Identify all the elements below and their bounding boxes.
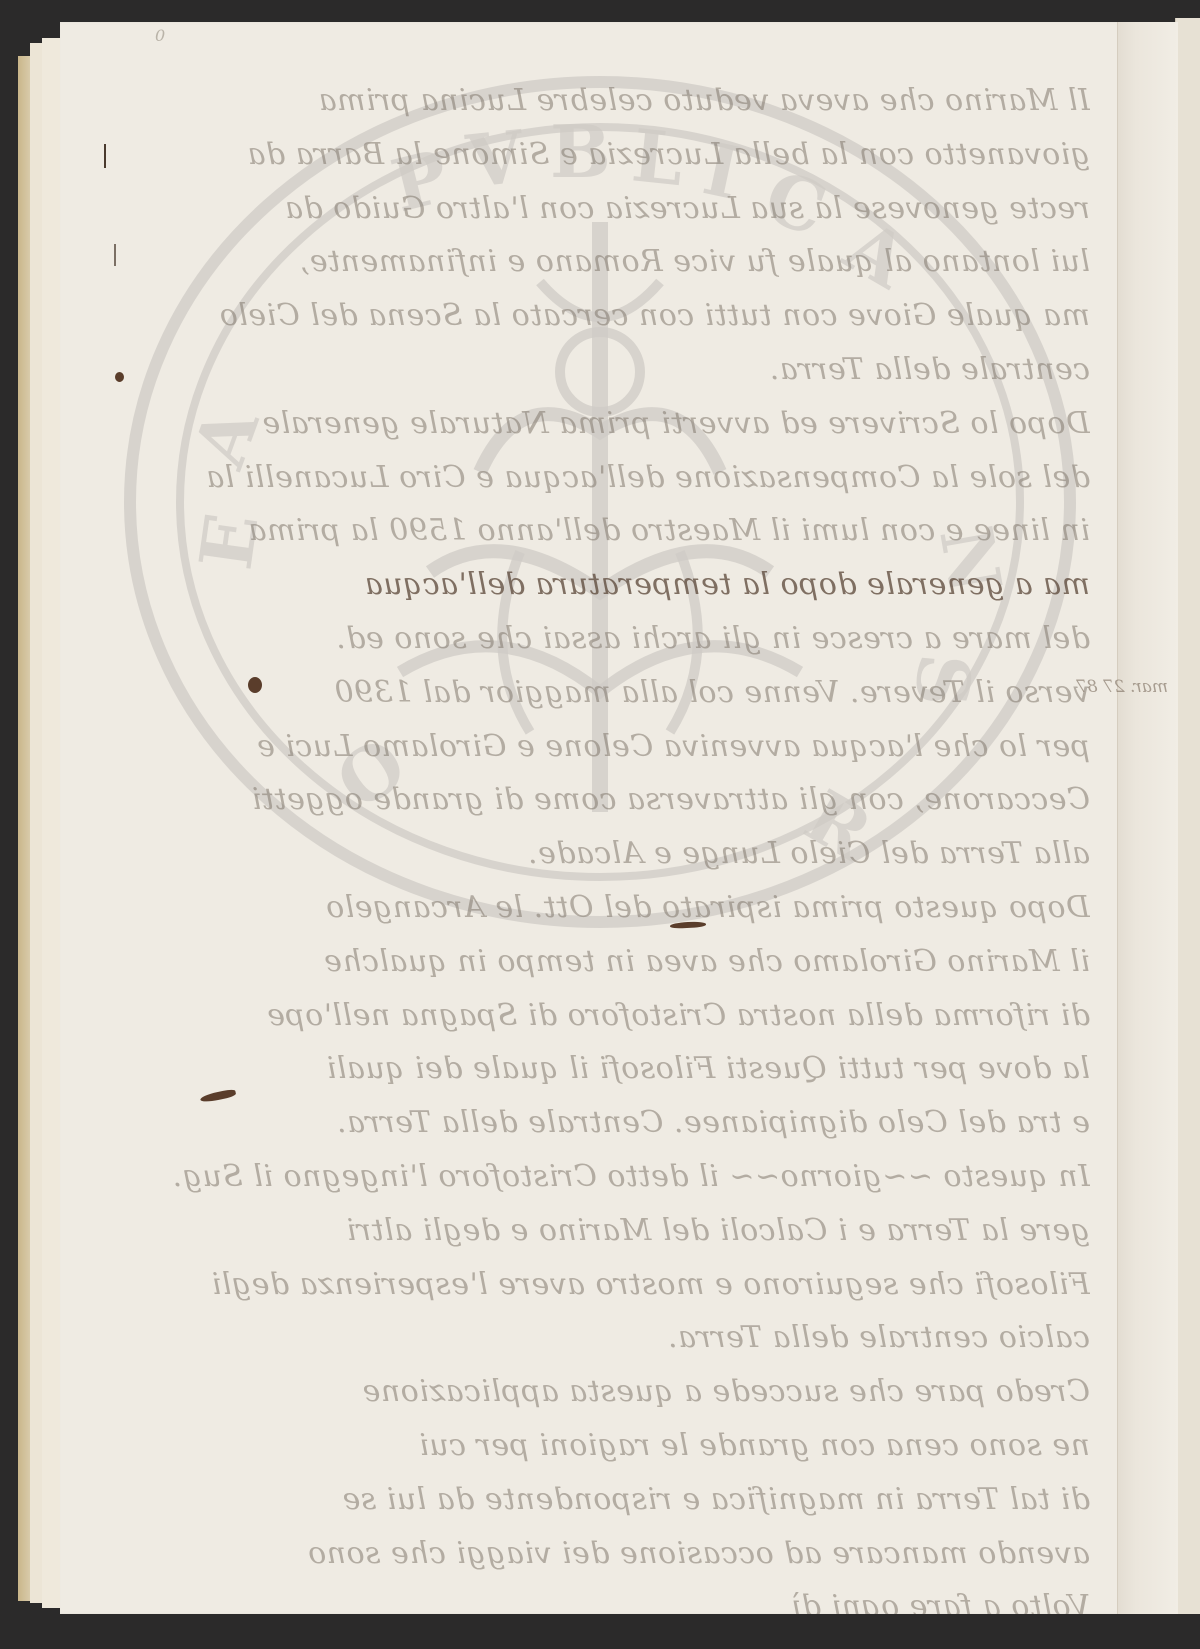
text-line: calcio centrale della Terra.	[80, 1311, 1090, 1365]
text-line: di riforma della nostra Cristoforo di Sp…	[80, 989, 1090, 1043]
manuscript-sheet: P V B L I C A A E N S O R 0 Il Marino ch…	[60, 22, 1178, 1614]
text-line: per lo che l'acqua avveniva Celone e Gir…	[80, 720, 1090, 774]
ink-blot	[115, 372, 124, 382]
text-line: Dopo questo prima ispirato del Ott. le A…	[80, 881, 1090, 935]
text-line: la dove per tutti Questi Filosofi il qua…	[80, 1042, 1090, 1096]
folio-mark: 0	[155, 26, 165, 45]
text-line: in linee e con lumi il Maestro dell'anno…	[80, 504, 1090, 558]
text-line: e tra del Celo dignipianee. Centrale del…	[80, 1096, 1090, 1150]
text-line: verso il Tevere. Venne col alla maggior …	[80, 666, 1090, 720]
text-line: del mare a cresce in gli archi assai che…	[80, 612, 1090, 666]
mirrored-handwriting: Il Marino che aveva veduto celebre Lucin…	[80, 74, 1090, 1614]
text-line: Volto a fare ogni dì	[80, 1580, 1090, 1614]
text-line: Ceccarone, con gli attraversa come di gr…	[80, 773, 1090, 827]
ink-blot	[248, 677, 262, 693]
text-line: il Marino Girolamo che avea in tempo in …	[80, 935, 1090, 989]
text-line: lui lontano al quale fu vice Romano e in…	[80, 235, 1090, 289]
text-line: ma a generale dopo la temperatura dell'a…	[80, 558, 1090, 612]
text-line: Credo pare che succede a questa applicaz…	[80, 1365, 1090, 1419]
text-line: avendo mancare ad occasione dei viaggi c…	[80, 1527, 1090, 1581]
text-line: del sole la Compensazione dell'acqua e C…	[80, 451, 1090, 505]
text-line: In questo ~~giorno~~ il detto Cristoforo…	[80, 1150, 1090, 1204]
text-line: gere la Terra e i Calcoli del Marino e d…	[80, 1204, 1090, 1258]
margin-note: mar. 27 87	[1076, 677, 1168, 697]
text-line: ne sono cena con grande le ragioni per c…	[80, 1419, 1090, 1473]
binding-gutter-edge	[1175, 18, 1200, 1614]
text-line: Il Marino che aveva veduto celebre Lucin…	[80, 74, 1090, 128]
ink-mark	[114, 244, 116, 266]
text-line: giovanetto con la bella Lucrezia e Simon…	[80, 128, 1090, 182]
text-line: Dopo lo Scrivere ed avverti prima Natura…	[80, 397, 1090, 451]
binding-gutter	[1117, 22, 1178, 1614]
text-line: Filosofi che seguirono e mostro avere l'…	[80, 1258, 1090, 1312]
text-line: recte genovese la sua Lucrezia con l'alt…	[80, 182, 1090, 236]
text-line: ma quale Giove con tutti con cercato la …	[80, 289, 1090, 343]
text-line: alla Terra del Cielo Lunge e Alcade.	[80, 827, 1090, 881]
text-line: centrale della Terra.	[80, 343, 1090, 397]
ink-mark	[104, 144, 106, 168]
text-line: di tal Terra in magnifica e rispondente …	[80, 1473, 1090, 1527]
